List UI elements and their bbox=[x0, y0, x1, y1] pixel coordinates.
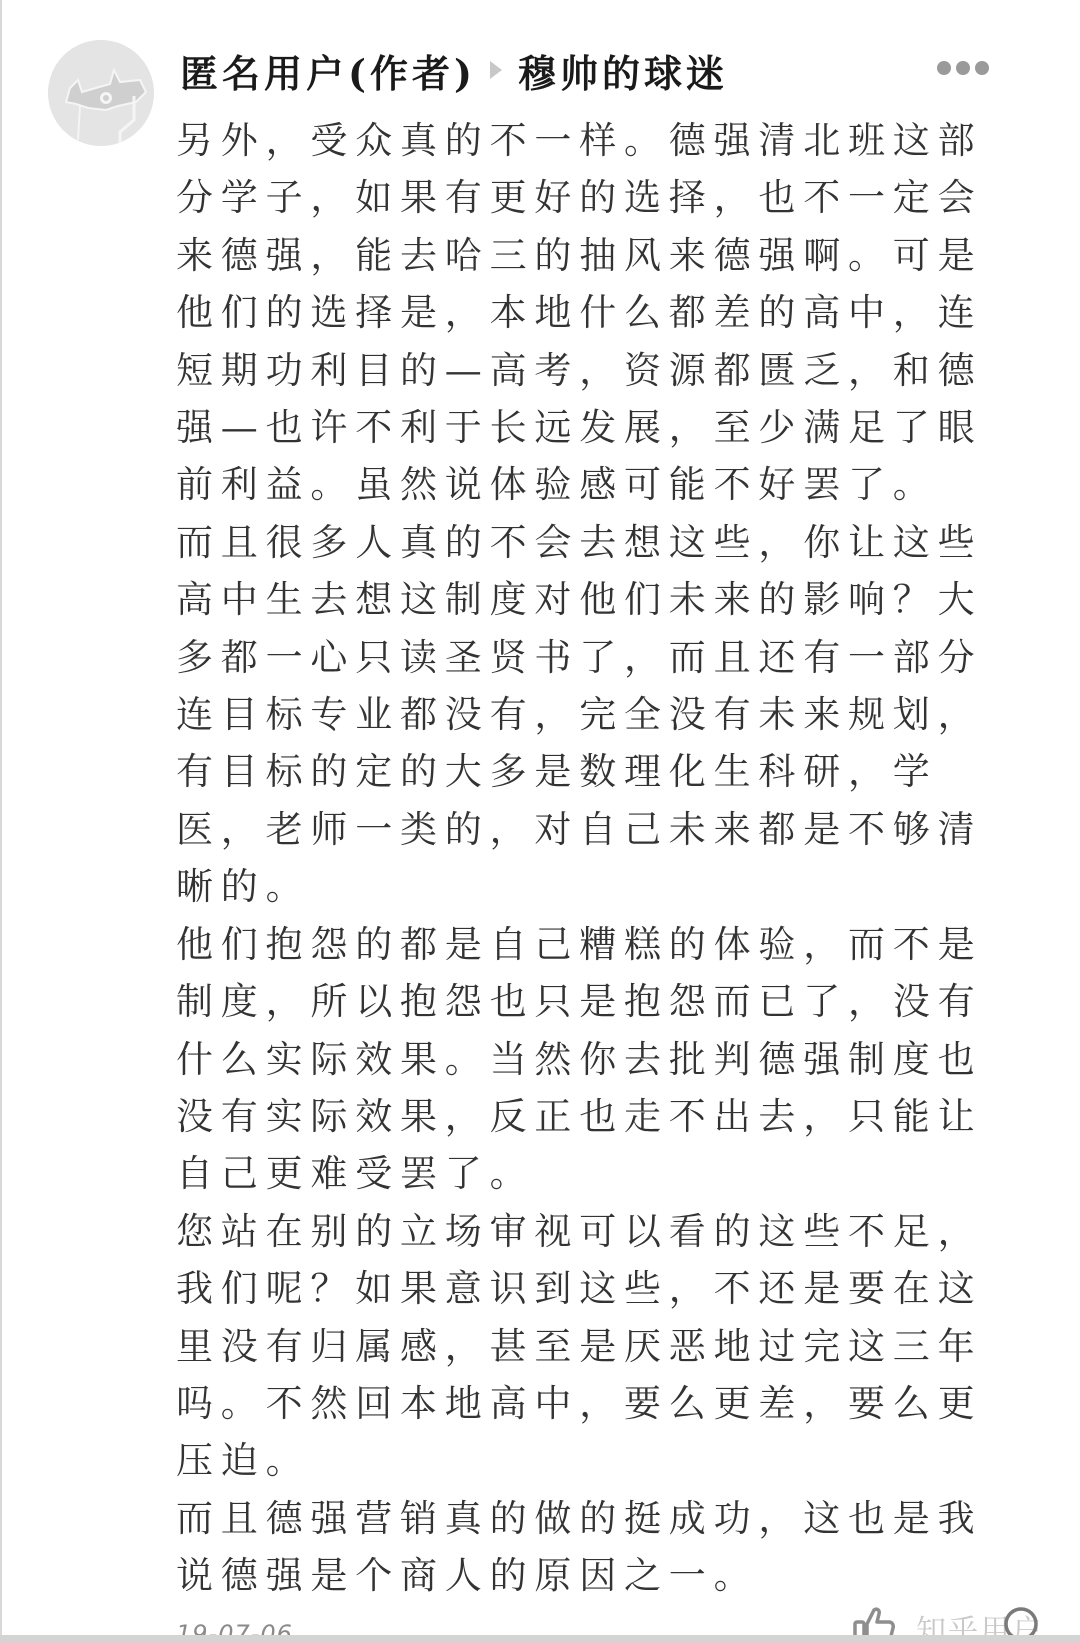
comment-paragraph: 而且很多人真的不会去想这些，你让这些高中生去想这制度对他们未来的影响？大多都一心… bbox=[176, 514, 986, 916]
more-options-button[interactable] bbox=[937, 58, 989, 78]
more-dots-icon bbox=[937, 61, 951, 75]
left-divider bbox=[0, 0, 2, 1635]
comment-paragraph: 另外，受众真的不一样。德强清北班这部分学子，如果有更好的选择，也不一定会来德强，… bbox=[176, 112, 986, 514]
more-dots-icon bbox=[975, 61, 989, 75]
reply-to-name[interactable]: 穆帅的球迷 bbox=[518, 43, 728, 98]
reply-arrow-icon bbox=[490, 61, 502, 79]
comment-header: 匿名用户(作者) 穆帅的球迷 bbox=[180, 42, 728, 98]
anonymous-avatar-icon bbox=[48, 40, 154, 146]
more-dots-icon bbox=[956, 61, 970, 75]
comment-paragraph: 而且德强营销真的做的挺成功，这也是我说德强是个商人的原因之一。 bbox=[176, 1490, 986, 1605]
avatar[interactable] bbox=[48, 40, 154, 146]
comment-body: 另外，受众真的不一样。德强清北班这部分学子，如果有更好的选择，也不一定会来德强，… bbox=[176, 112, 986, 1605]
comment-paragraph: 您站在别的立场审视可以看的这些不足，我们呢？如果意识到这些，不还是要在这里没有归… bbox=[176, 1203, 986, 1490]
comment-paragraph: 他们抱怨的都是自己糟糕的体验，而不是制度，所以抱怨也只是抱怨而已了，没有什么实际… bbox=[176, 916, 986, 1203]
author-name[interactable]: 匿名用户(作者) bbox=[180, 43, 476, 98]
bottom-divider bbox=[0, 1635, 1080, 1643]
